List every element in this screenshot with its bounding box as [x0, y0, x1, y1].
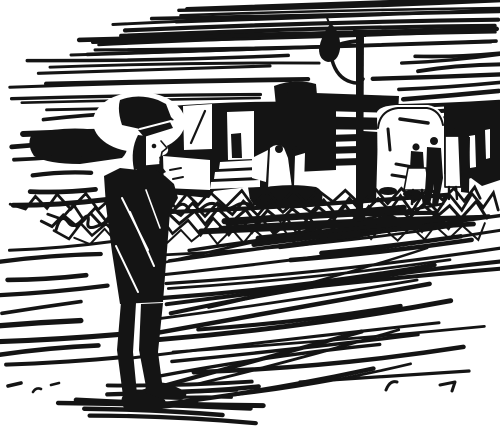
right-building-slit-1 — [469, 135, 476, 168]
woman-torso — [410, 151, 424, 168]
rung-1 — [327, 134, 360, 142]
doorway-shadow — [231, 133, 242, 158]
eye — [152, 144, 157, 149]
lamp-pole-cap — [353, 30, 367, 37]
seated-figure-2-head — [292, 146, 299, 153]
seated-figure-2 — [294, 153, 305, 186]
rung-3 — [327, 158, 360, 166]
thin-figure-body — [461, 136, 470, 193]
lamp-pole — [356, 34, 364, 222]
woman-head — [412, 143, 419, 150]
van-wheel-shadow-1 — [379, 187, 397, 195]
van-dash-side — [388, 129, 390, 150]
dark-man-head — [430, 137, 438, 145]
thin-figure-head — [462, 130, 468, 136]
rung-2 — [325, 146, 360, 154]
ink-illustration: Man waiting on a street corner — [0, 0, 500, 433]
light-figure-head — [449, 128, 456, 135]
light-figure-coat — [445, 136, 461, 187]
seated-figure-1-head — [275, 145, 283, 153]
illustration-page: Man waiting on a street corner — [0, 0, 500, 433]
